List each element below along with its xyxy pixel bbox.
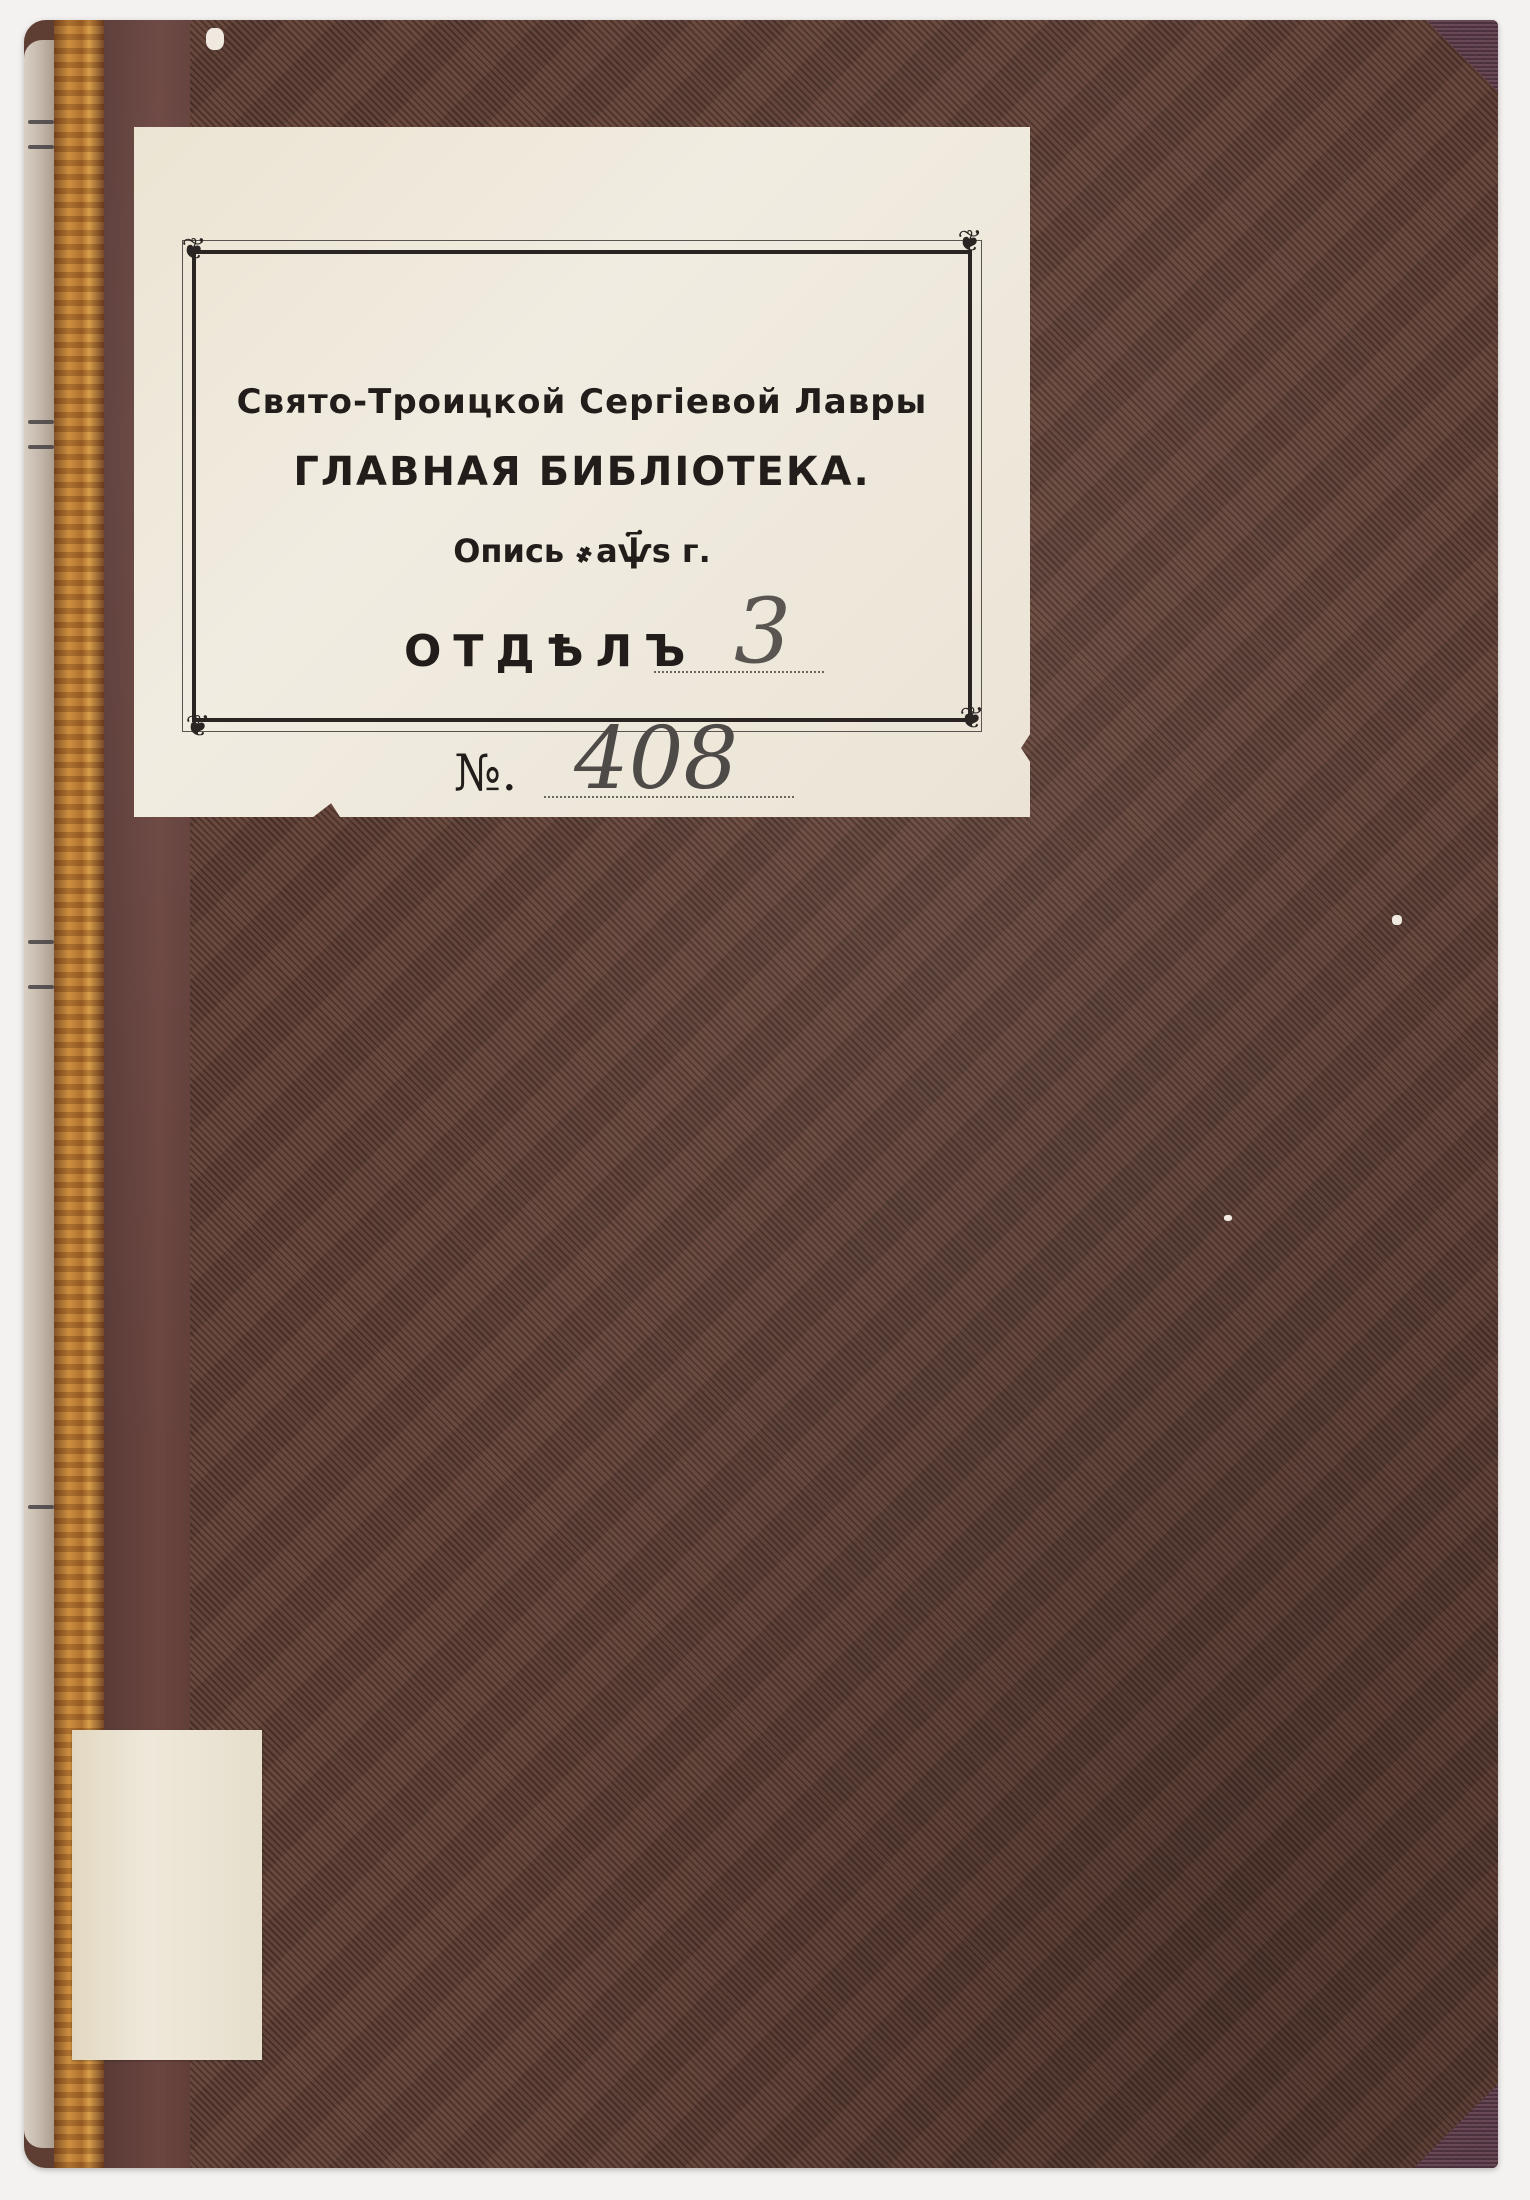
number-value: 408	[574, 716, 738, 802]
department-label: ОТДѢЛЪ	[404, 626, 697, 677]
floral-ornament-icon: ❦	[952, 699, 992, 739]
inventory-year: Опись ҂аѱ҃ѕ г.	[134, 532, 1030, 570]
floral-ornament-icon: ❦	[178, 707, 218, 747]
library-label: ❦ ❦ ❦ ❦ Свято-Троицкой Сергіевой Лавры Г…	[134, 127, 1030, 817]
number-row: №. 408	[454, 702, 854, 812]
wear-spot	[1224, 1215, 1232, 1221]
number-label: №.	[454, 744, 517, 802]
spine-band	[28, 985, 54, 989]
spine-edge	[24, 40, 56, 2148]
monastery-name: Свято-Троицкой Сергіевой Лавры	[134, 382, 1030, 422]
spine-band	[28, 940, 54, 944]
floral-ornament-icon: ❦	[174, 230, 214, 270]
spine-band	[28, 145, 54, 149]
department-row: ОТДѢЛЪ 3	[404, 597, 854, 687]
spine-blank-sticker	[72, 1730, 262, 2060]
wear-spot	[206, 28, 224, 50]
spine-band	[28, 1505, 54, 1509]
book-cover: ❦ ❦ ❦ ❦ Свято-Троицкой Сергіевой Лавры Г…	[24, 20, 1498, 2168]
floral-ornament-icon: ❦	[950, 222, 990, 262]
spine-band	[28, 420, 54, 424]
spine-band	[28, 445, 54, 449]
department-value: 3	[734, 587, 791, 677]
spine-band	[28, 120, 54, 124]
library-name: ГЛАВНАЯ БИБЛІОТЕКА.	[134, 449, 1030, 495]
wear-spot	[1392, 915, 1402, 925]
